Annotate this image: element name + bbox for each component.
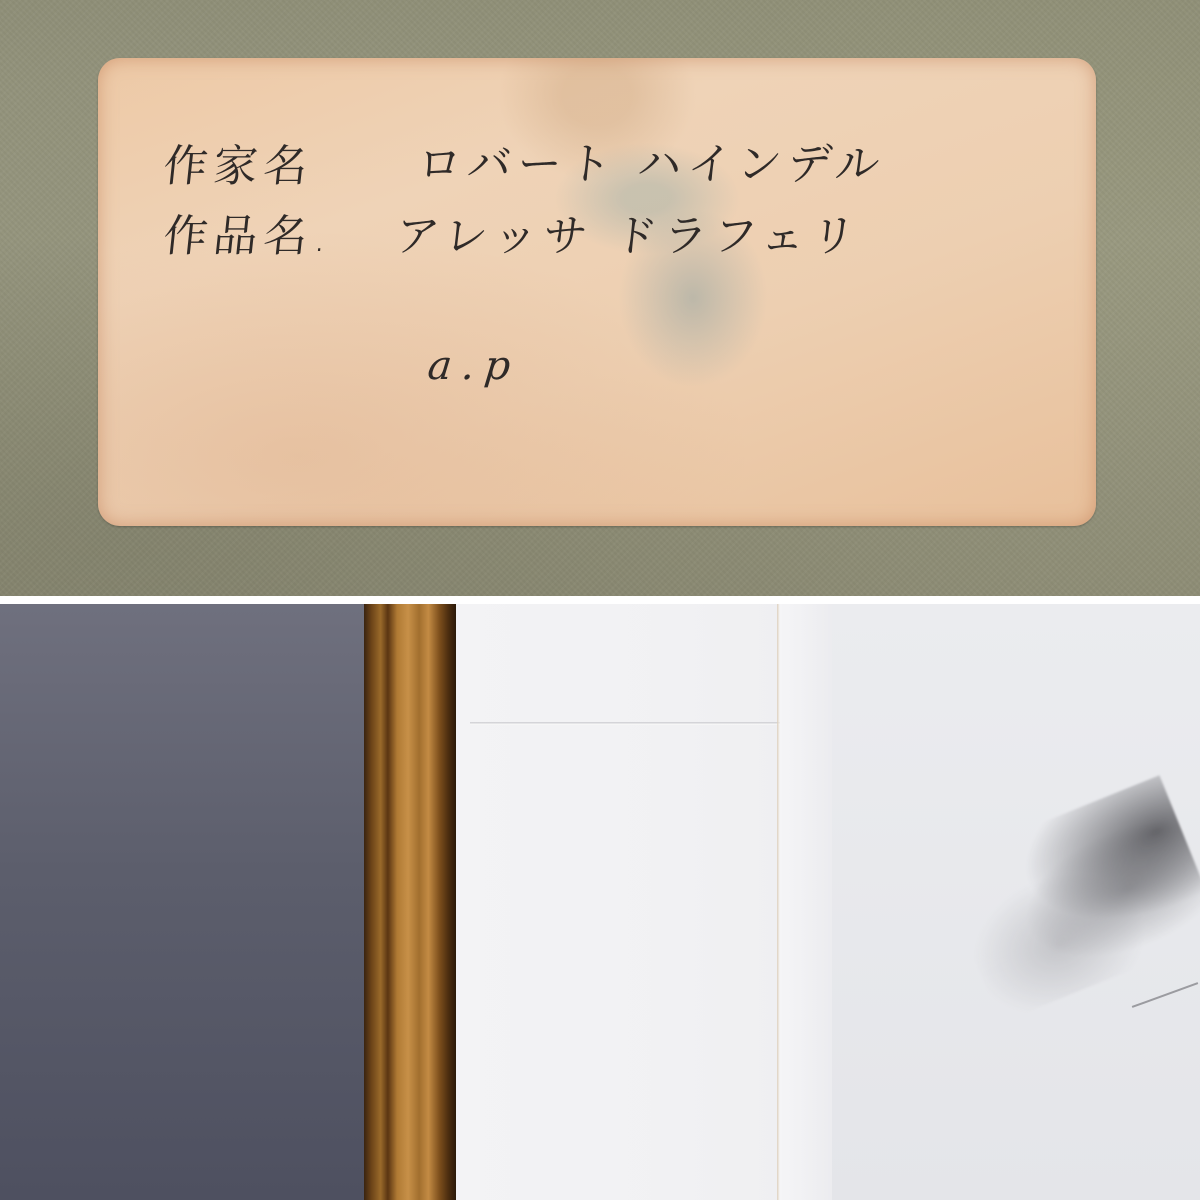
mat-edge-line [777, 604, 780, 1200]
work-title-value: アレッサ ドラフェリ [393, 200, 865, 264]
glass-reflection [0, 604, 364, 1200]
work-title-key: 作品名. [161, 200, 338, 264]
artist-name-key: 作家名 [161, 130, 318, 194]
gold-frame-moulding [364, 604, 456, 1200]
artist-name-value: ロバート ハインデル [415, 128, 890, 192]
photo-divider [0, 596, 1200, 604]
handwritten-label-card: 作家名 ロバート ハインデル 作品名. アレッサ ドラフェリ a.p [98, 58, 1096, 526]
mat-board [456, 604, 832, 1200]
mat-bevel [780, 604, 832, 1200]
label-photo: 作家名 ロバート ハインデル 作品名. アレッサ ドラフェリ a.p [0, 0, 1200, 596]
edition-note: a.p [426, 343, 523, 389]
frame-photo [0, 604, 1200, 1200]
